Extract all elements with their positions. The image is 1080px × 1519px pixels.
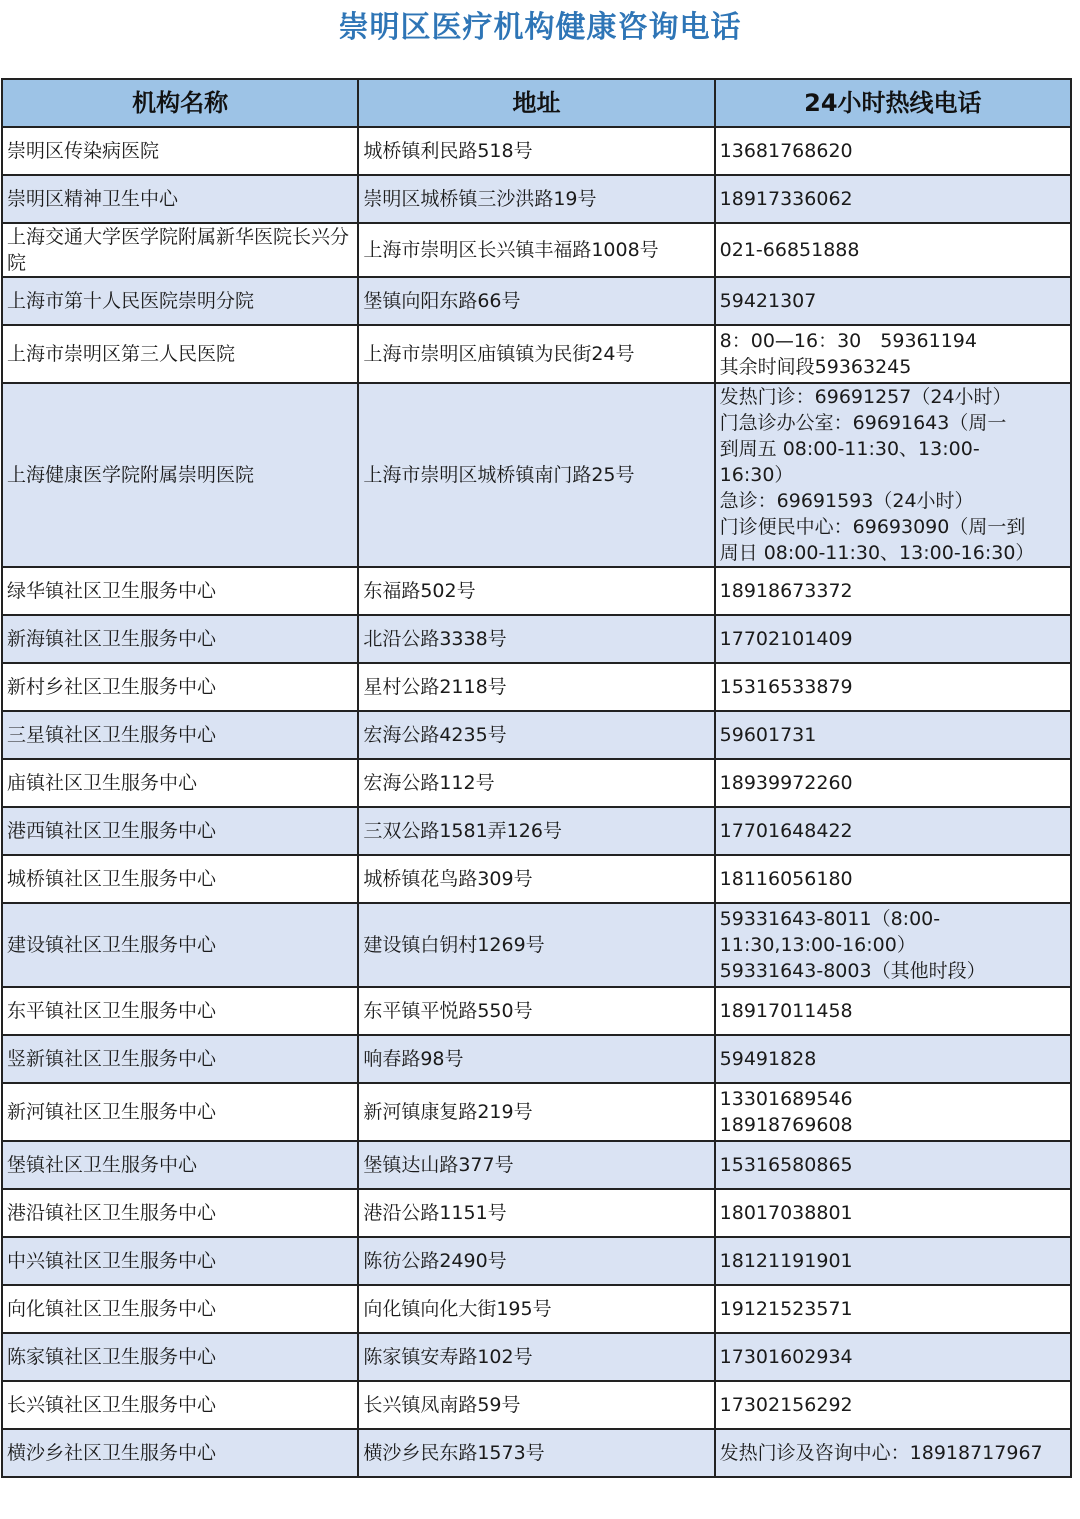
address-cell: 港沿公路1151号 (358, 1189, 714, 1237)
hotline-cell: 发热门诊及咨询中心：18918717967 (715, 1429, 1071, 1477)
hotline-line: 59601731 (720, 722, 1066, 748)
table-body: 崇明区传染病医院城桥镇利民路518号13681768620崇明区精神卫生中心崇明… (2, 127, 1071, 1477)
hotline-line: 17302156292 (720, 1392, 1066, 1418)
institution-name-cell: 三星镇社区卫生服务中心 (2, 711, 358, 759)
hotline-line: 17702101409 (720, 626, 1066, 652)
table-row: 上海市第十人民医院崇明分院堡镇向阳东路66号59421307 (2, 277, 1071, 325)
address-cell: 上海市崇明区长兴镇丰福路1008号 (358, 223, 714, 277)
institution-name-cell: 庙镇社区卫生服务中心 (2, 759, 358, 807)
hotline-cell: 15316533879 (715, 663, 1071, 711)
address-cell: 宏海公路112号 (358, 759, 714, 807)
institution-name-cell: 东平镇社区卫生服务中心 (2, 987, 358, 1035)
address-cell: 星村公路2118号 (358, 663, 714, 711)
header-institution-name: 机构名称 (2, 79, 358, 127)
address-cell: 横沙乡民东路1573号 (358, 1429, 714, 1477)
institution-name-cell: 上海交通大学医学院附属新华医院长兴分院 (2, 223, 358, 277)
hotline-line: 16:30） (720, 462, 1066, 488)
hotline-line: 周日 08:00-11:30、13:00-16:30） (720, 540, 1066, 566)
address-cell: 上海市崇明区城桥镇南门路25号 (358, 383, 714, 567)
address-cell: 新河镇康复路219号 (358, 1083, 714, 1141)
hotline-cell: 1330168954618918769608 (715, 1083, 1071, 1141)
table-row: 庙镇社区卫生服务中心宏海公路112号18939972260 (2, 759, 1071, 807)
address-cell: 响春路98号 (358, 1035, 714, 1083)
table-row: 上海健康医学院附属崇明医院上海市崇明区城桥镇南门路25号发热门诊：6969125… (2, 383, 1071, 567)
table-row: 竖新镇社区卫生服务中心响春路98号59491828 (2, 1035, 1071, 1083)
table-row: 港沿镇社区卫生服务中心港沿公路1151号18017038801 (2, 1189, 1071, 1237)
table-row: 新村乡社区卫生服务中心星村公路2118号15316533879 (2, 663, 1071, 711)
institution-name-cell: 向化镇社区卫生服务中心 (2, 1285, 358, 1333)
hotline-line: 18939972260 (720, 770, 1066, 796)
institution-name-cell: 建设镇社区卫生服务中心 (2, 903, 358, 987)
institution-name-cell: 竖新镇社区卫生服务中心 (2, 1035, 358, 1083)
table-row: 堡镇社区卫生服务中心堡镇达山路377号15316580865 (2, 1141, 1071, 1189)
hotline-cell: 17301602934 (715, 1333, 1071, 1381)
hotline-cell: 17701648422 (715, 807, 1071, 855)
hotline-cell: 18121191901 (715, 1237, 1071, 1285)
table-row: 三星镇社区卫生服务中心宏海公路4235号59601731 (2, 711, 1071, 759)
institution-name-cell: 上海市崇明区第三人民医院 (2, 325, 358, 383)
hotline-line: 59331643-8011（8:00- (720, 906, 1066, 932)
hotline-line: 19121523571 (720, 1296, 1066, 1322)
table-row: 新河镇社区卫生服务中心新河镇康复路219号1330168954618918769… (2, 1083, 1071, 1141)
hotline-cell: 19121523571 (715, 1285, 1071, 1333)
address-cell: 建设镇白钥村1269号 (358, 903, 714, 987)
institution-name-cell: 陈家镇社区卫生服务中心 (2, 1333, 358, 1381)
hotline-line: 18121191901 (720, 1248, 1066, 1274)
hotline-cell: 15316580865 (715, 1141, 1071, 1189)
hotline-cell: 13681768620 (715, 127, 1071, 175)
address-cell: 堡镇向阳东路66号 (358, 277, 714, 325)
institution-name-cell: 港西镇社区卫生服务中心 (2, 807, 358, 855)
address-cell: 陈彷公路2490号 (358, 1237, 714, 1285)
hotline-line: 18917011458 (720, 998, 1066, 1024)
hotline-line: 发热门诊及咨询中心：18918717967 (720, 1440, 1066, 1466)
institution-name-cell: 新海镇社区卫生服务中心 (2, 615, 358, 663)
table-row: 长兴镇社区卫生服务中心长兴镇凤南路59号17302156292 (2, 1381, 1071, 1429)
hotline-line: 11:30,13:00-16:00） (720, 932, 1066, 958)
address-cell: 向化镇向化大街195号 (358, 1285, 714, 1333)
table-row: 绿华镇社区卫生服务中心东福路502号18918673372 (2, 567, 1071, 615)
hotline-line: 其余时间段59363245 (720, 354, 1066, 380)
table-row: 东平镇社区卫生服务中心东平镇平悦路550号18917011458 (2, 987, 1071, 1035)
hotline-line: 15316580865 (720, 1152, 1066, 1178)
address-cell: 崇明区城桥镇三沙洪路19号 (358, 175, 714, 223)
institution-name-cell: 堡镇社区卫生服务中心 (2, 1141, 358, 1189)
address-cell: 堡镇达山路377号 (358, 1141, 714, 1189)
hotline-line: 59421307 (720, 288, 1066, 314)
hotline-line: 18917336062 (720, 186, 1066, 212)
hotline-line: 18017038801 (720, 1200, 1066, 1226)
table-row: 横沙乡社区卫生服务中心横沙乡民东路1573号发热门诊及咨询中心：18918717… (2, 1429, 1071, 1477)
hotline-line: 8：00—16：30 59361194 (720, 328, 1066, 354)
institution-name-cell: 中兴镇社区卫生服务中心 (2, 1237, 358, 1285)
hotline-cell: 17302156292 (715, 1381, 1071, 1429)
hotline-cell: 18918673372 (715, 567, 1071, 615)
table-row: 城桥镇社区卫生服务中心城桥镇花鸟路309号18116056180 (2, 855, 1071, 903)
address-cell: 宏海公路4235号 (358, 711, 714, 759)
address-cell: 长兴镇凤南路59号 (358, 1381, 714, 1429)
institution-name-cell: 新村乡社区卫生服务中心 (2, 663, 358, 711)
hotline-line: 18116056180 (720, 866, 1066, 892)
institution-name-cell: 横沙乡社区卫生服务中心 (2, 1429, 358, 1477)
table-row: 崇明区精神卫生中心崇明区城桥镇三沙洪路19号18917336062 (2, 175, 1071, 223)
table-row: 港西镇社区卫生服务中心三双公路1581弄126号17701648422 (2, 807, 1071, 855)
institution-name-cell: 上海市第十人民医院崇明分院 (2, 277, 358, 325)
hotline-line: 59331643-8003（其他时段） (720, 958, 1066, 984)
hotline-table: 机构名称 地址 24小时热线电话 崇明区传染病医院城桥镇利民路518号13681… (1, 78, 1072, 1478)
header-address: 地址 (358, 79, 714, 127)
address-cell: 城桥镇花鸟路309号 (358, 855, 714, 903)
hotline-cell: 8：00—16：30 59361194其余时间段59363245 (715, 325, 1071, 383)
table-row: 向化镇社区卫生服务中心向化镇向化大街195号19121523571 (2, 1285, 1071, 1333)
hotline-cell: 18017038801 (715, 1189, 1071, 1237)
table-row: 崇明区传染病医院城桥镇利民路518号13681768620 (2, 127, 1071, 175)
institution-name-cell: 长兴镇社区卫生服务中心 (2, 1381, 358, 1429)
hotline-line: 发热门诊：69691257（24小时） (720, 384, 1066, 410)
hotline-cell: 59491828 (715, 1035, 1071, 1083)
table-row: 建设镇社区卫生服务中心建设镇白钥村1269号59331643-8011（8:00… (2, 903, 1071, 987)
page-title: 崇明区医疗机构健康咨询电话 (0, 8, 1080, 48)
hotline-cell: 18939972260 (715, 759, 1071, 807)
institution-name-cell: 城桥镇社区卫生服务中心 (2, 855, 358, 903)
address-cell: 上海市崇明区庙镇镇为民街24号 (358, 325, 714, 383)
table-row: 新海镇社区卫生服务中心北沿公路3338号17702101409 (2, 615, 1071, 663)
hotline-line: 门诊便民中心：69693090（周一到 (720, 514, 1066, 540)
address-cell: 东福路502号 (358, 567, 714, 615)
table-row: 陈家镇社区卫生服务中心陈家镇安寿路102号17301602934 (2, 1333, 1071, 1381)
hotline-line: 18918769608 (720, 1112, 1066, 1138)
address-cell: 三双公路1581弄126号 (358, 807, 714, 855)
hotline-line: 13301689546 (720, 1086, 1066, 1112)
hotline-line: 021-66851888 (720, 237, 1066, 263)
institution-name-cell: 上海健康医学院附属崇明医院 (2, 383, 358, 567)
table-header-row: 机构名称 地址 24小时热线电话 (2, 79, 1071, 127)
hotline-line: 13681768620 (720, 138, 1066, 164)
institution-name-cell: 崇明区精神卫生中心 (2, 175, 358, 223)
address-cell: 城桥镇利民路518号 (358, 127, 714, 175)
hotline-cell: 18917011458 (715, 987, 1071, 1035)
hotline-line: 15316533879 (720, 674, 1066, 700)
address-cell: 陈家镇安寿路102号 (358, 1333, 714, 1381)
hotline-cell: 59421307 (715, 277, 1071, 325)
hotline-line: 门急诊办公室：69691643（周一 (720, 410, 1066, 436)
hotline-line: 到周五 08:00-11:30、13:00- (720, 436, 1066, 462)
hotline-cell: 021-66851888 (715, 223, 1071, 277)
institution-name-cell: 崇明区传染病医院 (2, 127, 358, 175)
table-row: 中兴镇社区卫生服务中心陈彷公路2490号18121191901 (2, 1237, 1071, 1285)
address-cell: 北沿公路3338号 (358, 615, 714, 663)
table-row: 上海市崇明区第三人民医院上海市崇明区庙镇镇为民街24号8：00—16：30 59… (2, 325, 1071, 383)
hotline-cell: 发热门诊：69691257（24小时）门急诊办公室：69691643（周一到周五… (715, 383, 1071, 567)
hotline-line: 急诊：69691593（24小时） (720, 488, 1066, 514)
header-hotline: 24小时热线电话 (715, 79, 1071, 127)
hotline-cell: 17702101409 (715, 615, 1071, 663)
hotline-cell: 18917336062 (715, 175, 1071, 223)
institution-name-cell: 新河镇社区卫生服务中心 (2, 1083, 358, 1141)
hotline-line: 18918673372 (720, 578, 1066, 604)
hotline-cell: 59331643-8011（8:00-11:30,13:00-16:00）593… (715, 903, 1071, 987)
hotline-line: 17701648422 (720, 818, 1066, 844)
table-row: 上海交通大学医学院附属新华医院长兴分院上海市崇明区长兴镇丰福路1008号021-… (2, 223, 1071, 277)
hotline-cell: 18116056180 (715, 855, 1071, 903)
institution-name-cell: 港沿镇社区卫生服务中心 (2, 1189, 358, 1237)
hotline-line: 59491828 (720, 1046, 1066, 1072)
institution-name-cell: 绿华镇社区卫生服务中心 (2, 567, 358, 615)
hotline-cell: 59601731 (715, 711, 1071, 759)
address-cell: 东平镇平悦路550号 (358, 987, 714, 1035)
hotline-line: 17301602934 (720, 1344, 1066, 1370)
